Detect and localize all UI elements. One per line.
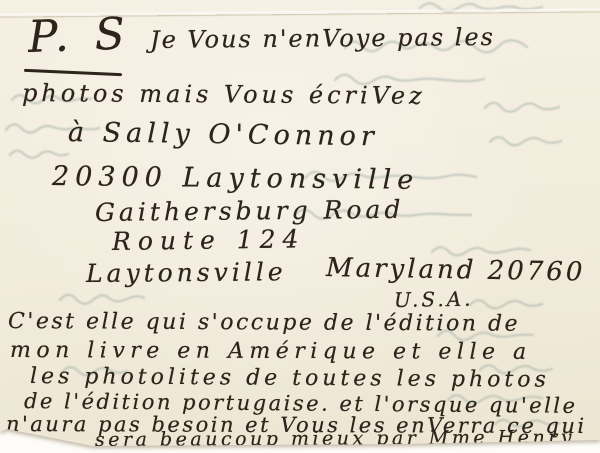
address-line-1: 20300 Laytonsville [52,161,420,196]
opening-line-2: photos mais Vous écriVez [22,79,426,110]
scanned-letter: P. S Je Vous n'enVoye pas les photos mai… [0,0,600,453]
address-country: U.S.A. [394,287,474,312]
body-line-1: C'est elle qui s'occupe de l'édition de [8,309,520,337]
paper-sheet: P. S Je Vous n'enVoye pas les photos mai… [0,0,600,453]
body-line-2: mon livre en Amérique et elle a [10,338,532,365]
opening-line-1: Je Vous n'enVoye pas les [150,23,495,54]
address-state-zip: Maryland 20760 [326,253,586,288]
address-city: Laytonsville [86,257,287,288]
body-line-3: les photolites de toutes les photos [30,364,550,393]
address-line-3: Route 124 [112,224,306,256]
ps-underline [24,69,122,76]
body-line-6: sera beaucoup mieux par Mme Henry. [95,426,582,451]
ps-label: P. S [27,8,132,63]
address-recipient: à Sally O'Connor [68,117,379,152]
address-line-2: Gaithersburg Road [95,195,405,227]
